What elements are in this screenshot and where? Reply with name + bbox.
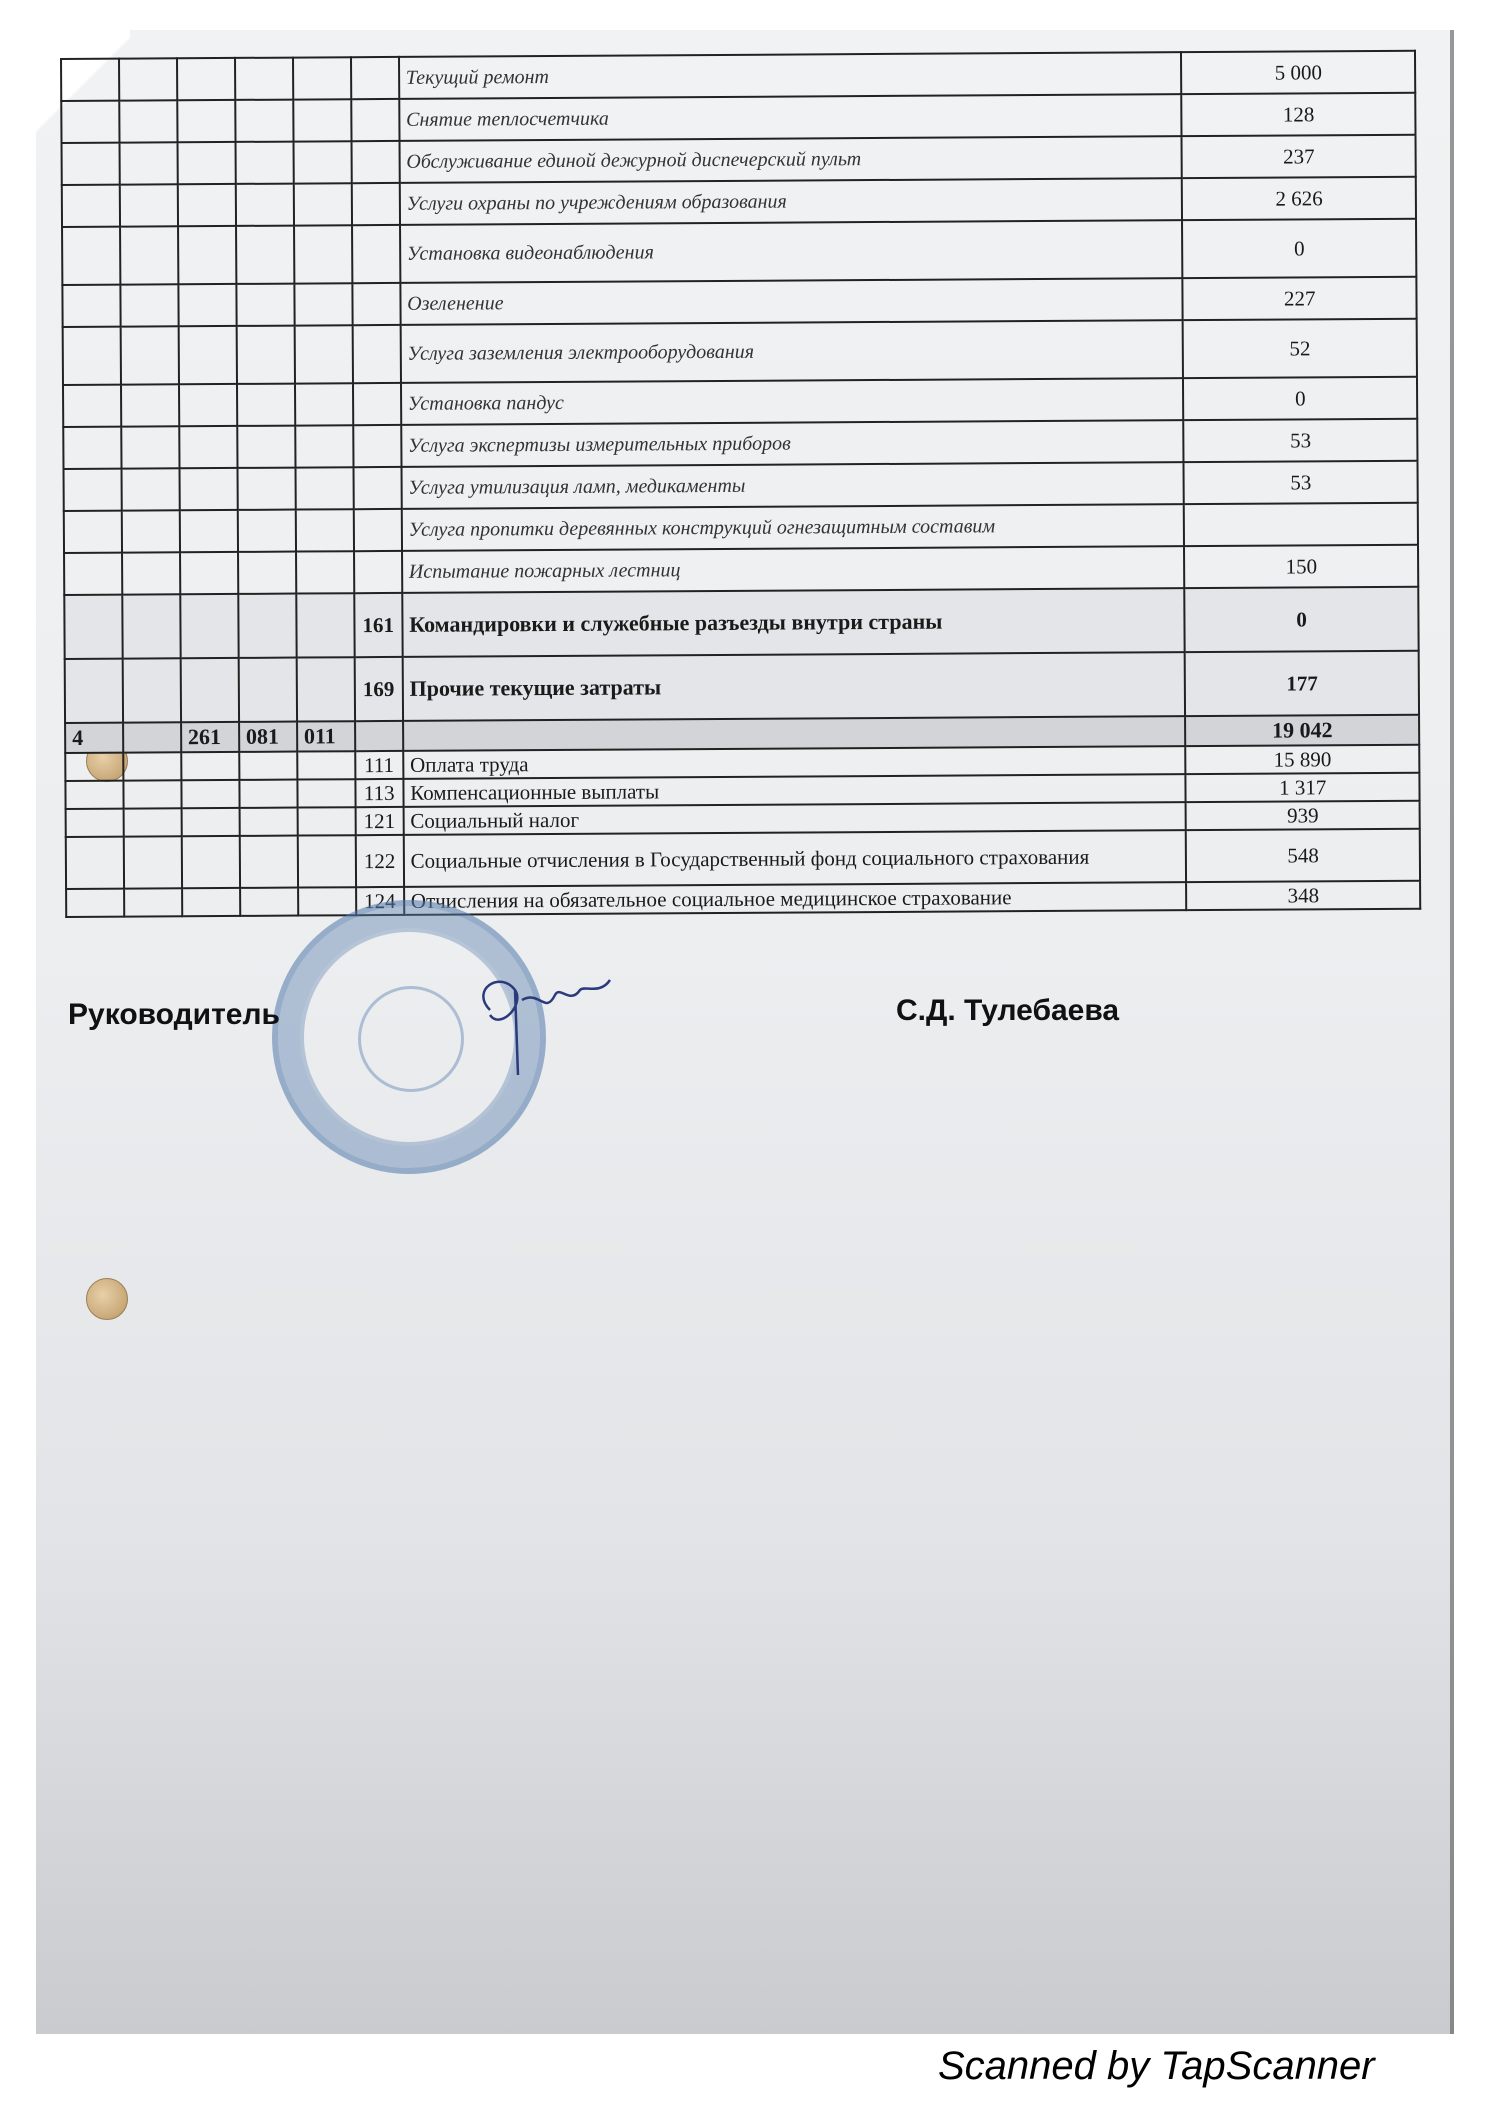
row-value: 53 <box>1184 461 1418 504</box>
scanner-watermark: Scanned by TapScanner <box>938 2044 1375 2089</box>
empty-cell <box>298 835 356 887</box>
empty-cell <box>180 552 238 594</box>
empty-cell <box>297 751 355 779</box>
empty-cell <box>240 888 298 916</box>
empty-cell <box>121 426 179 468</box>
row-value: 52 <box>1183 319 1417 378</box>
row-name: Командировки и служебные разъезды внутри… <box>402 588 1185 657</box>
empty-cell <box>293 57 351 99</box>
empty-cell <box>295 383 353 425</box>
table-row: 169Прочие текущие затраты177 <box>65 651 1419 723</box>
program-code: 081 <box>239 722 297 752</box>
empty-cell <box>120 184 178 226</box>
empty-cell <box>177 100 235 142</box>
punch-hole <box>86 1278 128 1320</box>
row-code <box>352 283 400 325</box>
row-code: 113 <box>355 779 403 807</box>
empty-cell <box>181 808 239 836</box>
row-code: 121 <box>355 807 403 835</box>
row-value: 2 626 <box>1182 177 1416 220</box>
empty-cell <box>240 836 298 888</box>
row-name: Прочие текущие затраты <box>402 652 1185 721</box>
row-value: 0 <box>1185 587 1419 652</box>
empty-cell <box>294 225 352 283</box>
empty-cell <box>236 284 294 326</box>
row-value: 150 <box>1184 545 1418 588</box>
empty-cell <box>237 468 295 510</box>
empty-cell <box>120 284 178 326</box>
empty-cell <box>236 184 294 226</box>
row-name: Услуга экспертизы измерительных приборов <box>401 420 1184 467</box>
empty-cell <box>65 781 123 809</box>
empty-cell <box>121 468 179 510</box>
empty-cell <box>298 887 356 915</box>
empty-cell <box>238 510 296 552</box>
empty-cell <box>62 143 120 185</box>
empty-cell <box>296 657 354 721</box>
empty-cell <box>237 426 295 468</box>
empty-cell <box>355 721 403 751</box>
row-value: 53 <box>1184 419 1418 462</box>
empty-cell <box>66 837 124 889</box>
row-code: 111 <box>355 751 403 779</box>
empty-cell <box>295 467 353 509</box>
row-value: 5 000 <box>1181 51 1415 94</box>
empty-cell <box>403 716 1186 751</box>
empty-cell <box>123 658 181 722</box>
empty-cell <box>294 183 352 225</box>
empty-cell <box>123 752 181 780</box>
empty-cell <box>180 510 238 552</box>
row-code <box>352 225 400 283</box>
table-row: Услуга заземления электрооборудования52 <box>63 319 1417 385</box>
empty-cell <box>123 722 181 752</box>
empty-cell <box>66 809 124 837</box>
empty-cell <box>238 658 296 722</box>
empty-cell <box>181 752 239 780</box>
row-code <box>352 325 400 383</box>
empty-cell <box>236 326 294 384</box>
row-value: 939 <box>1186 801 1420 830</box>
row-code <box>354 551 402 593</box>
empty-cell <box>61 101 119 143</box>
empty-cell <box>66 889 124 917</box>
empty-cell <box>294 325 352 383</box>
empty-cell <box>121 384 179 426</box>
empty-cell <box>119 100 177 142</box>
empty-cell <box>62 285 120 327</box>
row-name: Испытание пожарных лестниц <box>402 546 1185 593</box>
empty-cell <box>179 426 237 468</box>
row-name: Озеленение <box>400 278 1183 325</box>
empty-cell <box>297 807 355 835</box>
empty-cell <box>64 469 122 511</box>
signatory-title: Руководитель <box>68 998 280 1032</box>
row-name: Снятие теплосчетчика <box>399 94 1182 141</box>
empty-cell <box>124 836 182 888</box>
empty-cell <box>180 594 238 658</box>
empty-cell <box>294 283 352 325</box>
empty-cell <box>122 552 180 594</box>
empty-cell <box>62 227 120 285</box>
empty-cell <box>124 808 182 836</box>
admin-code: 261 <box>181 722 239 752</box>
row-name: Услуга утилизация ламп, медикаменты <box>401 462 1184 509</box>
program-code: 4 <box>65 723 123 753</box>
empty-cell <box>122 510 180 552</box>
empty-cell <box>293 141 351 183</box>
empty-cell <box>239 808 297 836</box>
empty-cell <box>235 100 293 142</box>
empty-cell <box>63 385 121 427</box>
empty-cell <box>119 142 177 184</box>
signature-mark <box>460 960 620 1080</box>
empty-cell <box>178 284 236 326</box>
row-name: Установка пандус <box>401 378 1184 425</box>
empty-cell <box>181 780 239 808</box>
empty-cell <box>177 142 235 184</box>
row-value: 15 890 <box>1186 745 1420 774</box>
row-code <box>351 57 399 99</box>
empty-cell <box>296 551 354 593</box>
empty-cell <box>124 888 182 916</box>
empty-cell <box>179 468 237 510</box>
empty-cell <box>178 184 236 226</box>
row-value: 237 <box>1182 135 1416 178</box>
empty-cell <box>120 226 178 284</box>
row-value <box>1184 503 1418 546</box>
table-row: Установка видеонаблюдения0 <box>62 219 1416 285</box>
row-name: Текущий ремонт <box>399 52 1182 99</box>
row-value: 227 <box>1183 277 1417 320</box>
budget-table: Текущий ремонт5 000Снятие теплосчетчика1… <box>60 50 1421 918</box>
empty-cell <box>295 425 353 467</box>
empty-cell <box>293 99 351 141</box>
row-value: 0 <box>1183 377 1417 420</box>
row-name: Социальные отчисления в Государственный … <box>403 830 1186 887</box>
row-name: Услуга пропитки деревянных конструкций о… <box>401 504 1184 551</box>
row-value: 0 <box>1182 219 1416 278</box>
subprogram-code: 011 <box>297 721 355 751</box>
empty-cell <box>122 594 180 658</box>
table-row: 122Социальные отчисления в Государственн… <box>66 829 1420 889</box>
empty-cell <box>177 58 235 100</box>
empty-cell <box>239 780 297 808</box>
row-code <box>351 99 399 141</box>
empty-cell <box>296 509 354 551</box>
row-code <box>353 467 401 509</box>
row-value: 548 <box>1186 829 1420 882</box>
empty-cell <box>64 595 122 659</box>
row-value: 128 <box>1182 93 1416 136</box>
empty-cell <box>65 753 123 781</box>
empty-cell <box>178 326 236 384</box>
empty-cell <box>64 511 122 553</box>
empty-cell <box>239 752 297 780</box>
empty-cell <box>237 384 295 426</box>
empty-cell <box>63 327 121 385</box>
row-code <box>353 425 401 467</box>
empty-cell <box>238 552 296 594</box>
empty-cell <box>61 59 119 101</box>
empty-cell <box>182 888 240 916</box>
empty-cell <box>64 553 122 595</box>
row-code <box>351 183 399 225</box>
row-code: 161 <box>354 593 402 657</box>
subtotal-value: 19 042 <box>1185 715 1419 746</box>
empty-cell <box>180 658 238 722</box>
empty-cell <box>178 226 236 284</box>
empty-cell <box>63 427 121 469</box>
row-value: 177 <box>1185 651 1419 716</box>
signatory-name: С.Д. Тулебаева <box>896 994 1119 1028</box>
row-code <box>351 141 399 183</box>
empty-cell <box>121 326 179 384</box>
emblem-icon <box>358 986 464 1092</box>
empty-cell <box>65 659 123 723</box>
empty-cell <box>238 594 296 658</box>
row-code: 122 <box>355 835 403 887</box>
row-code: 169 <box>354 657 402 721</box>
empty-cell <box>182 836 240 888</box>
empty-cell <box>236 226 294 284</box>
table-row: 161Командировки и служебные разъезды вну… <box>64 587 1418 659</box>
row-name: Установка видеонаблюдения <box>400 220 1183 283</box>
row-name: Обслуживание единой дежурной диспечерски… <box>399 136 1182 183</box>
empty-cell <box>297 779 355 807</box>
row-name: Услуги охраны по учреждениям образования <box>399 178 1182 225</box>
row-value: 348 <box>1186 881 1420 910</box>
empty-cell <box>62 185 120 227</box>
empty-cell <box>296 593 354 657</box>
empty-cell <box>123 780 181 808</box>
empty-cell <box>235 142 293 184</box>
empty-cell <box>235 58 293 100</box>
row-code <box>353 383 401 425</box>
row-name: Услуга заземления электрооборудования <box>400 320 1183 383</box>
row-value: 1 317 <box>1186 773 1420 802</box>
row-name: Отчисления на обязательное социальное ме… <box>404 882 1187 915</box>
empty-cell <box>179 384 237 426</box>
row-code <box>353 509 401 551</box>
empty-cell <box>119 58 177 100</box>
